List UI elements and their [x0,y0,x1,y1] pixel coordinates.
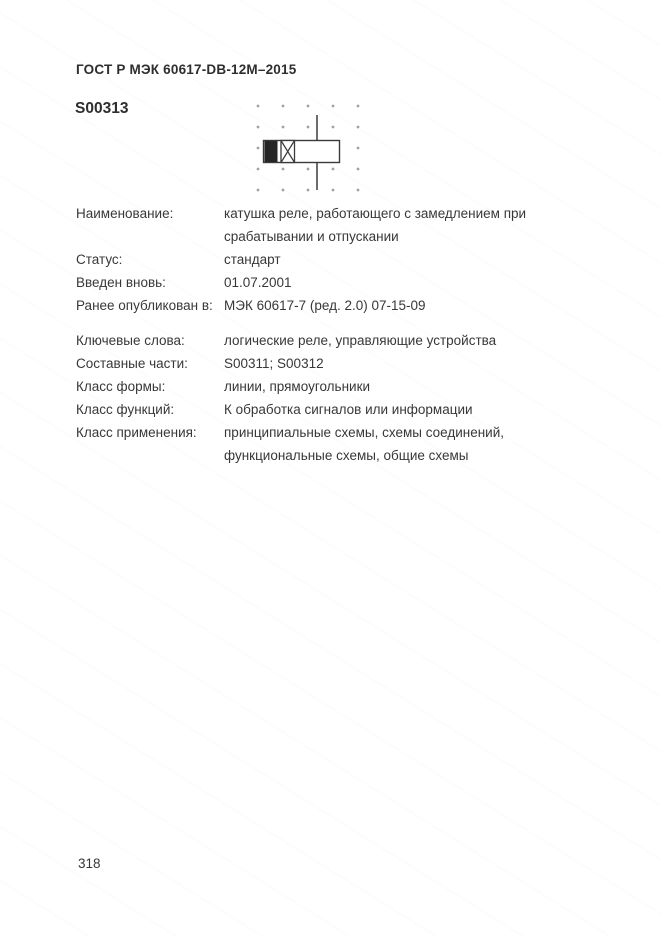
field-value: S00311; S00312 [224,352,530,375]
field-label: Введен вновь: [76,271,224,294]
page-number: 318 [78,856,101,871]
field-label: Класс формы: [76,375,224,398]
field-row-status: Статус: стандарт [76,248,538,271]
field-row-shape-class: Класс формы: линии, прямоугольники [76,375,538,398]
field-row-function-class: Класс функций: К обработка сигналов или … [76,398,538,421]
document-standard-title: ГОСТ Р МЭК 60617-DB-12M–2015 [76,62,296,77]
symbol-diagram [250,96,368,198]
field-label: Класс функций: [76,398,224,421]
field-value: МЭК 60617-7 (ред. 2.0) 07-15-09 [224,294,530,317]
field-label: Статус: [76,248,224,271]
field-label: Наименование: [76,202,224,225]
field-value: стандарт [224,248,530,271]
field-group-divider [76,317,538,329]
field-row-reintroduced: Введен вновь: 01.07.2001 [76,271,538,294]
attribute-table: Наименование: катушка реле, работающего … [76,202,538,467]
field-row-keywords: Ключевые слова: логические реле, управля… [76,329,538,352]
field-label: Составные части: [76,352,224,375]
field-row-name: Наименование: катушка реле, работающего … [76,202,538,248]
symbol-id: S00313 [75,100,128,118]
field-row-components: Составные части: S00311; S00312 [76,352,538,375]
field-row-application-class: Класс применения: принципиальные схемы, … [76,421,538,467]
delay-marker-filled [265,141,278,162]
field-value: логические реле, управляющие устройства [224,329,530,352]
field-row-previously-published: Ранее опубликован в: МЭК 60617-7 (ред. 2… [76,294,538,317]
field-value: 01.07.2001 [224,271,530,294]
field-label: Ключевые слова: [76,329,224,352]
field-value: принципиальные схемы, схемы соединений, … [224,421,530,467]
relay-coil-symbol-icon [250,96,368,198]
field-value: линии, прямоугольники [224,375,530,398]
document-page: ГОСТ Р МЭК 60617-DB-12M–2015 S00313 Наим… [0,0,661,936]
field-value: катушка реле, работающего с замедлением … [224,202,530,248]
field-label: Ранее опубликован в: [76,294,224,317]
field-label: Класс применения: [76,421,224,444]
field-value: К обработка сигналов или информации [224,398,530,421]
